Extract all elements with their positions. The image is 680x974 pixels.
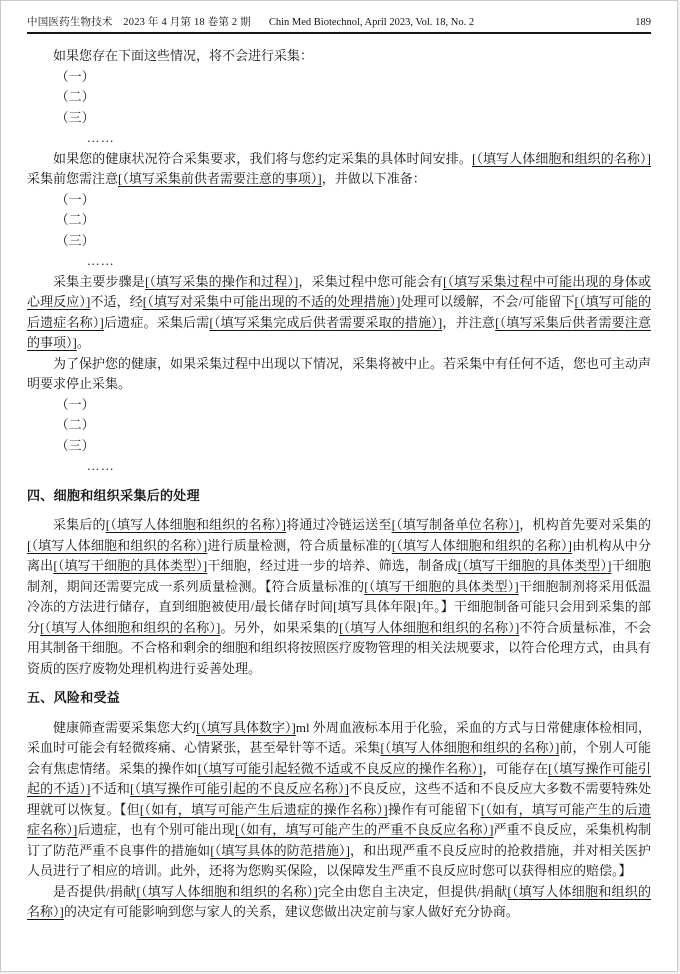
paragraph: 采集后的[（填写人体细胞和组织的名称）]将通过冷链运送至[（填写制备单位名称）]… bbox=[27, 515, 651, 679]
text-run: （三） bbox=[56, 233, 95, 248]
text-run: 干细胞，经过进一步的培养、筛选，制备成 bbox=[207, 558, 457, 573]
paragraph: 如果您的健康状况符合采集要求，我们将与您约定采集的具体时间安排。[（填写人体细胞… bbox=[27, 149, 651, 190]
fill-in-blank: [（填写人体细胞和组织的名称）] bbox=[136, 884, 317, 899]
fill-in-blank: [（填写具体数字）] bbox=[196, 720, 296, 735]
fill-in-blank: [（填写人体细胞和组织的名称）] bbox=[40, 620, 220, 635]
text-run: （三） bbox=[56, 110, 95, 125]
text-run: 采集前您需注意 bbox=[27, 171, 118, 186]
document-page: 中国医药生物技术 2023 年 4 月第 18 卷第 2 期 Chin Med … bbox=[0, 0, 678, 972]
fill-in-blank: [（填写采集的操作和过程）] bbox=[145, 274, 298, 289]
fill-in-blank: [（填写采集完成后供者需要采取的措施）] bbox=[209, 315, 442, 330]
ellipsis-line: …… bbox=[27, 128, 651, 149]
fill-in-blank: [（填写干细胞的具体类型）] bbox=[458, 558, 612, 573]
text-run: 后遗症，也有个别可能出现 bbox=[77, 822, 235, 837]
fill-in-blank: [（填写人体细胞和组织的名称）] bbox=[106, 517, 286, 532]
fill-in-blank: [（填写人体细胞和组织的名称）] bbox=[392, 538, 572, 553]
list-item: （三） bbox=[27, 108, 651, 129]
list-item: （三） bbox=[27, 231, 651, 252]
text-run: 。 bbox=[77, 335, 90, 350]
journal-title-cn: 中国医药生物技术 2023 年 4 月第 18 卷第 2 期 bbox=[27, 14, 251, 29]
page-header: 中国医药生物技术 2023 年 4 月第 18 卷第 2 期 Chin Med … bbox=[1, 1, 677, 32]
list-item: （二） bbox=[27, 87, 651, 108]
document-body: 如果您存在下面这些情况，将不会进行采集：（一）（二）（三）……如果您的健康状况符… bbox=[1, 34, 677, 923]
fill-in-blank: [（填写制备单位名称）] bbox=[392, 517, 520, 532]
text-run: 是否提供/捐献 bbox=[53, 884, 136, 899]
text-run: 采集主要步骤是 bbox=[53, 274, 145, 289]
text-run: 健康筛查需要采集您大约 bbox=[53, 720, 196, 735]
text-run: 处理可以缓解，不会/可能留下 bbox=[400, 294, 574, 309]
text-run: 四、细胞和组织采集后的处理 bbox=[27, 488, 200, 503]
text-run: 后遗症。采集后需 bbox=[104, 315, 210, 330]
text-run: 不适和 bbox=[90, 781, 130, 796]
text-run: ，可能存在 bbox=[482, 761, 548, 776]
paragraph: 是否提供/捐献[（填写人体细胞和组织的名称）]完全由您自主决定，但提供/捐献[（… bbox=[27, 882, 651, 923]
text-run: 操作有可能留下 bbox=[388, 802, 481, 817]
text-run: （一） bbox=[56, 192, 95, 207]
fill-in-blank: [（填写对采集中可能出现的不适的处理措施）] bbox=[143, 294, 401, 309]
text-run: 为了保护您的健康，如果采集过程中出现以下情况，采集将被中止。若采集中有任何不适，… bbox=[27, 356, 651, 392]
text-run: （三） bbox=[56, 438, 95, 453]
list-item: （一） bbox=[27, 395, 651, 416]
text-run: 如果您存在下面这些情况，将不会进行采集： bbox=[53, 48, 313, 63]
text-run: （二） bbox=[56, 89, 95, 104]
section-heading: 五、风险和受益 bbox=[27, 688, 651, 709]
list-item: （二） bbox=[27, 415, 651, 436]
text-run: 五、风险和受益 bbox=[27, 690, 120, 705]
text-run: ，并做以下准备： bbox=[322, 171, 426, 186]
text-run: 如果您的健康状况符合采集要求，我们将与您约定采集的具体时间安排。 bbox=[53, 151, 472, 166]
text-run: 进行质量检测，符合质量标准的 bbox=[207, 538, 392, 553]
text-run: （二） bbox=[56, 212, 95, 227]
list-item: （二） bbox=[27, 210, 651, 231]
text-run: 将通过冷链运送至 bbox=[286, 517, 392, 532]
fill-in-blank: [（填写可能引起轻微不适或不良反应的操作名称）] bbox=[198, 761, 483, 776]
fill-in-blank: [（填写人体细胞和组织的名称）] bbox=[27, 538, 207, 553]
paragraph: 健康筛查需要采集您大约[（填写具体数字）]ml 外周血液标本用于化验，采血的方式… bbox=[27, 718, 651, 882]
fill-in-blank: [（填写操作可能引起的不良反应名称）] bbox=[130, 781, 349, 796]
text-run: ，机构首先要对采集的 bbox=[519, 517, 651, 532]
text-run: …… bbox=[87, 458, 115, 473]
fill-in-blank: [（如有，填写可能产生后遗症的操作名称）] bbox=[140, 802, 388, 817]
text-run: 完全由您自主决定，但提供/捐献 bbox=[318, 884, 508, 899]
list-item: （一） bbox=[27, 67, 651, 88]
text-run: …… bbox=[87, 253, 115, 268]
section-heading: 四、细胞和组织采集后的处理 bbox=[27, 486, 651, 507]
fill-in-blank: [（填写人体细胞和组织的名称）] bbox=[380, 740, 559, 755]
text-run: 采集后的 bbox=[53, 517, 106, 532]
text-run: 不适，经 bbox=[90, 294, 142, 309]
text-run: …… bbox=[87, 130, 115, 145]
page-number: 189 bbox=[635, 17, 651, 28]
text-run: ，并注意 bbox=[442, 315, 495, 330]
fill-in-blank: [（填写采集前供者需要注意的事项）] bbox=[118, 171, 322, 186]
fill-in-blank: [（填写干细胞的具体类型）] bbox=[364, 579, 519, 594]
text-run: （一） bbox=[56, 69, 95, 84]
fill-in-blank: [（填写人体细胞和组织的名称）] bbox=[472, 151, 651, 166]
fill-in-blank: [（填写具体的防范措施）] bbox=[210, 843, 350, 858]
fill-in-blank: [（如有，填写可能产生的严重不良反应名称）] bbox=[235, 822, 493, 837]
text-run: （二） bbox=[56, 417, 95, 432]
ellipsis-line: …… bbox=[27, 251, 651, 272]
journal-title-en: Chin Med Biotechnol, April 2023, Vol. 18… bbox=[269, 17, 474, 28]
fill-in-blank: [（填写人体细胞和组织的名称）] bbox=[339, 620, 519, 635]
ellipsis-line: …… bbox=[27, 456, 651, 477]
text-run: 。另外，如果采集的 bbox=[220, 620, 339, 635]
paragraph: 如果您存在下面这些情况，将不会进行采集： bbox=[27, 46, 651, 67]
paragraph: 采集主要步骤是[（填写采集的操作和过程）]，采集过程中您可能会有[（填写采集过程… bbox=[27, 272, 651, 354]
text-run: （一） bbox=[56, 397, 95, 412]
list-item: （一） bbox=[27, 190, 651, 211]
paragraph: 为了保护您的健康，如果采集过程中出现以下情况，采集将被中止。若采集中有任何不适，… bbox=[27, 354, 651, 395]
list-item: （三） bbox=[27, 436, 651, 457]
text-run: 的决定有可能影响到您与家人的关系，建议您做出决定前与家人做好充分协商。 bbox=[64, 904, 519, 919]
text-run: ，采集过程中您可能会有 bbox=[298, 274, 443, 289]
fill-in-blank: [（填写干细胞的具体类型）] bbox=[53, 558, 207, 573]
